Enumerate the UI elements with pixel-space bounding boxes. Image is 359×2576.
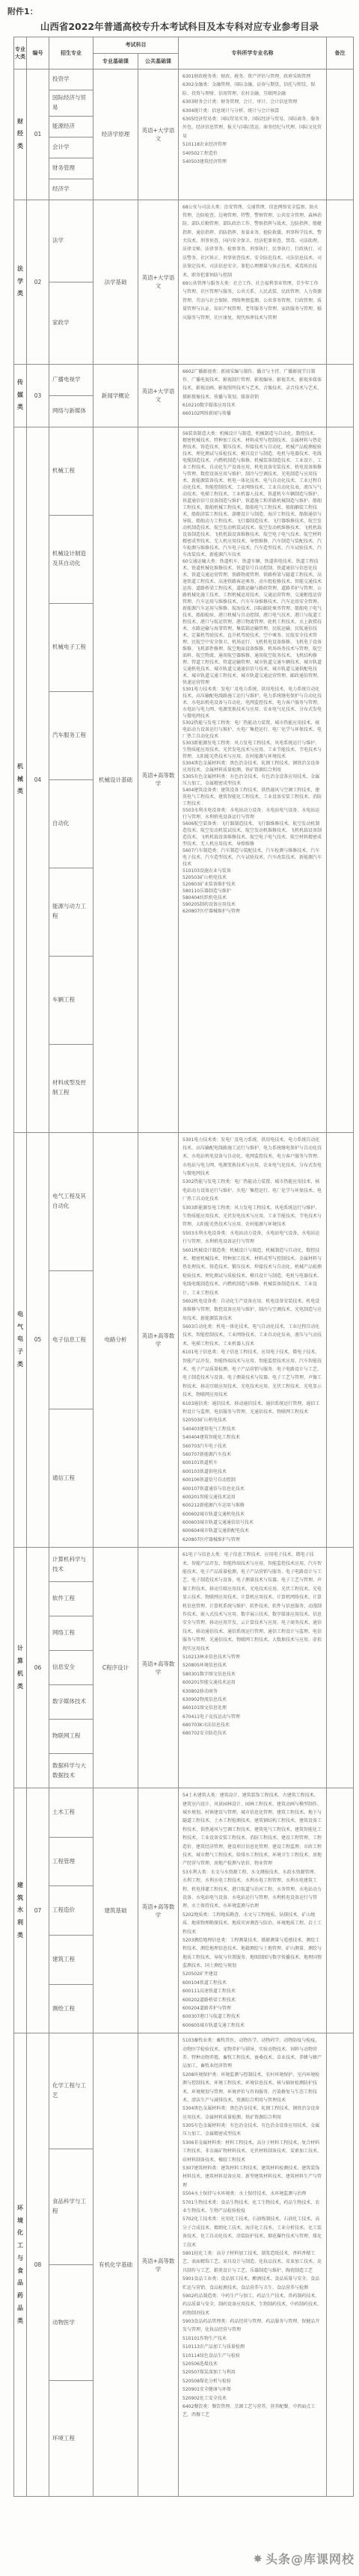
college-majors-paragraph: 5306非金属材料类：材料工程技术、高分子材料工程技术、复合材料工程技术、非金属… [182,2139,322,2164]
college-majors-paragraph: 600201智能交通技术运用 [182,1493,322,1501]
college-majors-paragraph: 61电子与信息大类：电子信息工程技术、应用电子技术、微电子技术、智能产品开发、智… [182,1551,322,1653]
college-majors-paragraph: 680702安全防范技术 [182,1729,322,1738]
major-cell: 车辆工程 [49,956,93,1044]
college-majors-paragraph: 600603城市轨道交通通信信号技术 [182,1519,322,1527]
college-majors-paragraph: 600604城市轨道交通供配电技术 [182,1527,322,1535]
college-majors-paragraph: 6303财务会计类：财务管理、会计、审计、会计信息管理 [182,98,322,106]
college-majors-paragraph: 600111高速铁道工程技术 [182,1987,322,1995]
public-course-cell: 英语+高等数学 [138,427,179,1132]
header-basic-course: 专业基础课 [93,53,138,70]
major-cell: 建筑工程 [49,1935,93,1984]
major-cell: 食品科学与工程 [49,2149,93,2265]
watermark-flash-icon: ✸ [253,2552,263,2566]
major-cell: 电气工程及其自动化 [49,1132,93,1270]
college-majors-paragraph: 520508煤化分析与检验 [182,2377,322,2385]
college-majors-paragraph: 54土木建筑大类：建筑设计、建筑装饰工程技术、古建筑工程技术、建筑室内设计、风景… [182,1791,322,1868]
college-majors-paragraph: 5302热能与发电工程类：电厂热能动力装置、城市热能应用技术、核电站动力设备运行… [182,1178,322,1203]
college-majors-paragraph: 5305有色金属材料类：有色冶金技术、有色冶金设备应用技术、金属压力加工、金属精… [182,2122,322,2139]
major-cell: 能源经济 [49,116,93,137]
college-majors-paragraph: 5503水利水电设备类：水电站动力设备、水电站电气设备、水电站运行与管理、水利机… [182,1229,322,1247]
header-exam-subjects: 考试科目 [93,37,179,54]
college-majors-paragraph: 580404纺织机电技术 [182,895,322,901]
college-majors-paragraph: 580110乐器制造与维护 [182,888,322,895]
college-majors-paragraph: 610210数字媒体应用技术 [182,401,322,410]
college-majors-paragraph: 600107铁道通信与信息化技术 [182,1485,322,1493]
college-majors-paragraph: 510101作物生产技术 [182,2335,322,2343]
remark-cell [327,364,354,427]
public-course-cell: 英语+大学语文 [138,200,179,364]
college-majors-paragraph: 520901安全健康与环保 [182,2385,322,2394]
major-cell: 数据科学与大数据技术 [49,1754,93,1788]
college-majors-paragraph: 600212新能源汽车运用与维修 [182,1501,322,1510]
major-cell: 网络工程 [49,1616,93,1651]
college-majors-paragraph: 5208环境保护类：环境监测与控制技术、农村环境保护、室内环境检测与控制技术、环… [182,2071,322,2105]
college-majors-paragraph: 5504水土保持与水环境类：水土保持技术、水环境监测与治理 [182,2190,322,2198]
public-course-cell: 英语+高等数学 [138,2033,179,2497]
code-cell: 02 [27,200,49,364]
remark-cell [327,2033,354,2497]
college-majors-paragraph: 560707新能源汽车技术 [182,1451,322,1459]
college-majors-paragraph: 680703K司法信息技术 [182,1721,322,1729]
college-majors-paragraph: 670411电子竞技运动与管理 [182,1713,322,1721]
college-majors-paragraph: 600602城市轨道交通机电技术 [182,1510,322,1519]
college-majors-paragraph: 600106铁道信号自动控制 [182,1476,322,1484]
college-majors-paragraph: 520502矿井建设 [182,1970,322,1978]
public-course-cell: 英语+高等数学 [138,1132,179,1548]
college-majors-paragraph: 5301电力技术类：发电厂及电力系统、供用电技术、电力系统自动化技术、高压输配电… [182,686,322,720]
college-majors-paragraph: 560703汽车电子技术 [182,1442,322,1451]
college-majors-paragraph: 590205制药设备应用技术 [182,901,322,908]
college-majors-paragraph: 510114绿色食品生产与检验 [182,2352,322,2360]
college-majors-paragraph: 56装备制造大类：机械设计与制造、机械制造与自动化、数控技术、精密机械技术、特种… [182,430,322,558]
basic-course-cell: 经济学原理 [93,70,138,200]
college-majors-paragraph: 5305有色金属材料类：有色冶金技术、有色冶金设备应用技术、金属压力加工、金属精… [182,773,322,787]
code-cell: 03 [27,364,49,427]
major-cell: 计算机科学与技术 [49,1548,93,1582]
college-majors-paragraph: 520503矿山机电技术 [182,874,322,881]
section-06-row: 计算机类06计算机科学与技术C程序设计英语+高等数学61电子与信息大类：电子信息… [14,1548,354,1582]
major-cell: 投资学 [49,70,93,90]
college-majors-cell: 54土木建筑大类：建筑设计、建筑装饰工程技术、古建筑工程技术、建筑室内设计、风景… [179,1788,327,2033]
basic-course-cell: 新闻学概论 [93,364,138,427]
majors-table: 专业大类编号招生专业考试科目专科所学专业名称备注专业基础课公共基础课 财经类01… [13,37,354,2497]
section-07-row: 建筑水利类07土木工程建筑基础英语+高等数学54土木建筑大类：建筑设计、建筑装饰… [14,1788,354,1838]
college-majors-paragraph: 620807医疗器械维护与管理 [182,1536,322,1544]
major-cell: 电子信息工程 [49,1270,93,1409]
major-cell: 法学 [49,200,93,282]
major-cell: 家政学 [49,282,93,364]
college-majors-paragraph: 5304黑色金属材料类：黑色冶金技术、轧钢工程技术、钢铁冶金设备应用技术、金属材… [182,2104,322,2122]
college-majors-paragraph: 600201智能交通技术运用 [182,1678,322,1687]
college-majors-cell: 6602广播影视类：新闻采编与制作、播音与主持、广播影视节目制作、广播电视技术、… [179,364,327,427]
basic-course-cell: 电路分析 [93,1132,138,1548]
section-08-row: 环境化工与食品药品类08化学工程与工艺有机化学基础英语+高等数学5103畜牧业类… [14,2033,354,2149]
college-majors-paragraph: 68公安与司法大类：治安管理、交通管理、信息网络安全监察、防火管理、边防检查、边… [182,203,322,280]
major-cell: 通信工程 [49,1409,93,1548]
college-majors-paragraph: 6602广播影视类：新闻采编与制作、播音与主持、广播影视节目制作、广播电视技术、… [182,368,322,402]
page-title: 山西省2022年普通高校专升本考试科目及本专科对应专业参考目录 [4,19,355,33]
table-body: 财经类01投资学经济学原理英语+大学语文6301财政税务类：财政、税务、资产评估… [14,70,354,2497]
college-majors-paragraph: 5301电力技术类：发电厂及电力系统、供用电技术、电力系统自动化技术、高压输配电… [182,1136,322,1179]
category-cell: 法学类 [14,200,27,364]
college-majors-paragraph: 60交通运输大类：铁道机车、铁道车辆、铁道供电技术、铁道工程技术、铁道机械化维修… [182,558,322,686]
major-cell: 动物医学 [49,2265,93,2381]
major-cell: 汽车服务工程 [49,691,93,779]
college-majors-paragraph: 5304黑色金属材料类：黑色冶金技术、轧钢工程技术、钢铁冶金设备应用技术、金属材… [182,760,322,773]
college-majors-paragraph: 600605城市轨道交通工程技术 [182,2021,322,2030]
code-cell: 05 [27,1132,49,1548]
code-cell: 08 [27,2033,49,2497]
major-cell: 工程管理 [49,1837,93,1886]
college-majors-paragraph: 510118农业经济管理 [182,140,322,149]
college-majors-paragraph: 630802移动商务 [182,1687,322,1696]
college-majors-paragraph: 5303新能源发电工程类：风力发电工程技术、风电系统运行与维护、生物质能应用技术… [182,740,322,760]
college-majors-paragraph: 510103设施农业与装备 [182,868,322,874]
college-majors-paragraph: 5701生物技术类：食品生物技术、化工生物技术、药品生物技术、农业生物技术、生物… [182,2199,322,2216]
college-majors-paragraph: 5103畜牧业类：畜牧兽医、动物医学、动物药学、动物防疫与检疫、动物医学检验技术… [182,2036,322,2071]
college-majors-paragraph: 6302金融类：金融管理、国际金融、证券与期货、信托与租赁、保险、投资与理财、信… [182,81,322,98]
header-remarks: 备注 [327,37,354,70]
category-cell: 计算机类 [14,1548,27,1788]
remark-cell [327,70,354,200]
remark-cell [327,1548,354,1788]
college-majors-paragraph: 69公共管理与服务大类：社会工作、社会福利事业管理、青少年工作与管理、社区管理与… [182,279,322,322]
college-majors-paragraph: 510213林业信息技术与管理 [182,1653,322,1661]
college-majors-paragraph: 580301数字图文信息技术 [182,1670,322,1678]
category-cell: 财经类 [14,70,27,200]
remark-cell [327,427,354,1132]
college-majors-paragraph: 5203测绘地理信息类：工程测量技术、摄影测量与遥感技术、测绘工程技术、测绘地理… [182,1936,322,1971]
major-cell: 工程造价 [49,1886,93,1936]
major-cell: 软件工程 [49,1582,93,1616]
major-cell: 土木工程 [49,1788,93,1838]
table-header: 专业大类编号招生专业考试科目专科所学专业名称备注专业基础课公共基础课 [14,37,354,70]
college-majors-paragraph: 520503矿山机电技术 [182,1416,322,1424]
major-cell: 机械设计制造及其自动化 [49,515,93,603]
category-cell: 传媒类 [14,364,27,427]
college-majors-paragraph: 600103铁道供电技术 [182,1468,322,1476]
college-majors-paragraph: 510113农产品加工与质量检测 [182,2343,322,2351]
major-cell: 广播电视学 [49,364,93,395]
code-cell: 06 [27,1548,49,1788]
attachment-label: 附件1： [7,5,359,17]
college-majors-paragraph: 520506选煤技术 [182,2360,322,2368]
college-majors-paragraph: 5404建筑设备类：建筑设备工程技术、供热通风与空调工程技术、建筑电气工程技术、… [182,787,322,807]
section-01-row: 财经类01投资学经济学原理英语+大学语文6301财政税务类：财政、税务、资产评估… [14,70,354,90]
college-majors-paragraph: 540403建筑电气工程技术 [182,1425,322,1433]
college-majors-paragraph: 6402餐饮类：餐饮管理、烹调工艺与营养、营养配餐、中西面点工艺、西餐工艺 [182,2403,322,2420]
college-majors-paragraph: 5607汽车制造类：汽车制造与装配技术、汽车检测与维修技术、汽车电子技术、汽车造… [182,847,322,868]
public-course-cell: 英语+高等数学 [138,1788,179,2033]
major-cell: 环境工程 [49,2381,93,2497]
college-majors-paragraph: 600204道路养护与管理 [182,2004,322,2013]
college-majors-paragraph: 620807医疗器械维护与管理 [182,908,322,915]
code-cell: 04 [27,427,49,1132]
section-02-row: 法学类02法学法学基础英语+大学语文68公安与司法大类：治安管理、交通管理、信息… [14,200,354,282]
college-majors-cell: 68公安与司法大类：治安管理、交通管理、信息网络安全监察、防火管理、边防检查、边… [179,200,327,364]
college-majors-paragraph: 520603矿业装备维护技术 [182,881,322,888]
basic-course-cell: 法学基础 [93,200,138,364]
category-cell: 机械类 [14,427,27,1132]
college-majors-cell: 5301电力技术类：发电厂及电力系统、供用电技术、电力系统自动化技术、高压输配电… [179,1132,327,1548]
college-majors-paragraph: 600101铁道机车 [182,1459,322,1467]
college-majors-paragraph: 6301财政税务类：财政、税务、资产评估与管理、政府采购管理 [182,72,322,81]
watermark: ✸ 头条@库课网校 [253,2550,355,2567]
college-majors-paragraph: 540404建筑智能化工程技术 [182,1433,322,1442]
college-majors-paragraph: 6103通信类：通信技术、移动通信技术、通信系统运行管理、通信工程设计与监理、电… [182,1400,322,1417]
basic-course-cell: 建筑基础 [93,1788,138,2033]
basic-course-cell: 有机化学基础 [93,2033,138,2497]
college-majors-paragraph: 5503水利水电设备类：水电站动力设备、水电站电气设备、水电站运行与管理、水利机… [182,807,322,821]
header-public-course: 公共基础课 [138,53,179,70]
college-majors-paragraph: 5902药品制造类：中药生产与加工、药品生产技术、兽药制药技术、药品质量与安全、… [182,2292,322,2317]
category-cell: 建筑水利类 [14,1788,27,2033]
code-cell: 07 [27,1788,49,2033]
major-cell: 网络与新媒体 [49,395,93,427]
college-majors-cell: 61电子与信息大类：电子信息工程技术、应用电子技术、微电子技术、智能产品开发、智… [179,1548,327,1788]
college-majors-paragraph: 5901食品工业类：食品加工技术、酿酒技术、食品质量与安全、食品贮运与营销、食品… [182,2275,322,2292]
public-course-cell: 英语+高等数学 [138,1548,179,1788]
college-majors-paragraph: 53水利大类：水文与水资源工程、水文测报技术、水政水资源管理、水利工程、水利水电… [182,1868,322,1911]
college-majors-paragraph: 6101电子信息类：电子信息工程技术、应用电子技术、微电子技术、智能产品开发、智… [182,1348,322,1399]
college-majors-paragraph: 5202地质类：工程地质勘查、水文与工程地质、钻探技术、矿山地质、地球物理勘探技… [182,1911,322,1936]
college-majors-paragraph: 520507煤炭深加工与利用 [182,2368,322,2376]
college-majors-cell: 56装备制造大类：机械设计与制造、机械制造与自动化、数控技术、精密机械技术、特种… [179,427,327,1132]
section-04-row: 机械类04机械工程机械设计基础英语+高等数学56装备制造大类：机械设计与制造、机… [14,427,354,515]
major-cell: 会计学 [49,137,93,158]
header-category: 专业大类 [14,37,27,70]
major-cell: 物联网工程 [49,1720,93,1754]
basic-course-cell: 机械设计基础 [93,427,138,1132]
college-majors-paragraph: 5303新能源发电工程类：风力发电工程技术、风电系统运行与维护、生物质能应用技术… [182,1204,322,1229]
college-majors-paragraph: 5601机械设计制造类：机械设计与制造、机械制造与自动化、数控技术、精密机械技术… [182,1247,322,1297]
college-majors-paragraph: 660102网络新闻与传播 [182,410,322,418]
college-majors-paragraph: 600202道路桥梁工程技术 [182,1996,322,2004]
header-college-majors: 专科所学专业名称 [179,37,327,70]
college-majors-paragraph: 5702化工技术类：应用化工技术、石油炼制技术、石油化工技术、高分子合成技术、精… [182,2215,322,2249]
watermark-text: 头条@库课网校 [266,2550,355,2567]
college-majors-paragraph: 6304统计类：信息统计与分析、统计与会计核算 [182,107,322,115]
basic-course-cell: C程序设计 [93,1548,138,1788]
college-majors-paragraph: 5602机电设备类：自动化生产设备应用、机电设备安装技术、机电设备维修与管理、数… [182,1297,322,1323]
document-page: 附件1： 山西省2022年普通高校专升本考试科目及本专科对应专业参考目录 专业大… [0,0,359,2576]
college-majors-paragraph: 6305经济贸易类：国际贸易实务、国际经济与贸易、国际商务、服务外包、经济信息管… [182,115,322,140]
major-cell: 材料成型及控制工程 [49,1044,93,1132]
college-majors-paragraph: 5606航空装备类：飞行器制造技术、飞行器维修技术、航空发动机制造技术、航空发动… [182,821,322,847]
college-majors-paragraph: 520902化工安全技术 [182,2394,322,2403]
college-majors-paragraph: 630902物流信息技术 [182,1696,322,1704]
major-cell: 信息安全 [49,1651,93,1685]
major-cell: 机械工程 [49,427,93,515]
remark-cell [327,1132,354,1548]
college-majors-paragraph: 5302热能与发电工程类：电厂热能动力装置、城市热能应用技术、核电站动力设备运行… [182,720,322,740]
major-cell: 经济学 [49,179,93,200]
public-course-cell: 英语+大学语文 [138,70,179,200]
college-majors-paragraph: 660101图文信息处理 [182,1704,322,1712]
college-majors-paragraph: 5903食品药品管理类：药品经营与管理、药品服务与管理、保健品开发与管理、化妆品… [182,2317,322,2335]
major-cell: 国际经济与贸易 [49,90,93,117]
major-cell: 自动化 [49,779,93,868]
public-course-cell: 英语+大学语文 [138,364,179,427]
college-majors-cell: 5103畜牧业类：畜牧兽医、动物医学、动物药学、动物防疫与检疫、动物医学检验技术… [179,2033,327,2497]
college-majors-paragraph: 5801轻化工类：高分子材料加工技术、制浆造纸技术、香料香精工艺、表面精饰工艺、… [182,2249,322,2275]
college-majors-paragraph: 540502工程造价 [182,149,322,158]
section-05-row: 电气电子类05电气工程及其自动化电路分析英语+高等数学5301电力技术类：发电厂… [14,1132,354,1270]
header-code: 编号 [27,37,49,70]
code-cell: 01 [27,70,49,200]
major-cell: 机械电子工程 [49,603,93,691]
major-cell: 财务管理 [49,158,93,179]
remark-cell [327,200,354,364]
category-cell: 环境化工与食品药品类 [14,2033,27,2497]
college-majors-paragraph: 520805环境信息技术 [182,1661,322,1670]
major-cell: 能源与动力工程 [49,868,93,956]
college-majors-paragraph: 5603自动化类：机电一体化技术、电气自动化技术、工业过程自动化技术、智能控制技… [182,1323,322,1348]
college-majors-cell: 6301财政税务类：财政、税务、资产评估与管理、政府采购管理6302金融类：金融… [179,70,327,200]
major-cell: 数字媒体技术 [49,1685,93,1720]
major-cell: 测绘工程 [49,1984,93,2033]
college-majors-paragraph: 600104铁道工程技术 [182,1979,322,1987]
section-03-row: 传媒类03广播电视学新闻学概论英语+大学语文6602广播影视类：新闻采编与制作、… [14,364,354,395]
major-cell: 化学工程与工艺 [49,2033,93,2149]
college-majors-paragraph: 5307建筑材料类：建筑材料工程技术、建筑材料检测技术、建筑装饰材料技术、建筑材… [182,2164,322,2190]
remark-cell [327,1788,354,2033]
header-major: 招生专业 [49,37,93,70]
category-cell: 电气电子类 [14,1132,27,1548]
college-majors-paragraph: 540503建筑经济管理 [182,158,322,166]
college-majors-paragraph: 600307港口与航道工程技术 [182,2013,322,2021]
